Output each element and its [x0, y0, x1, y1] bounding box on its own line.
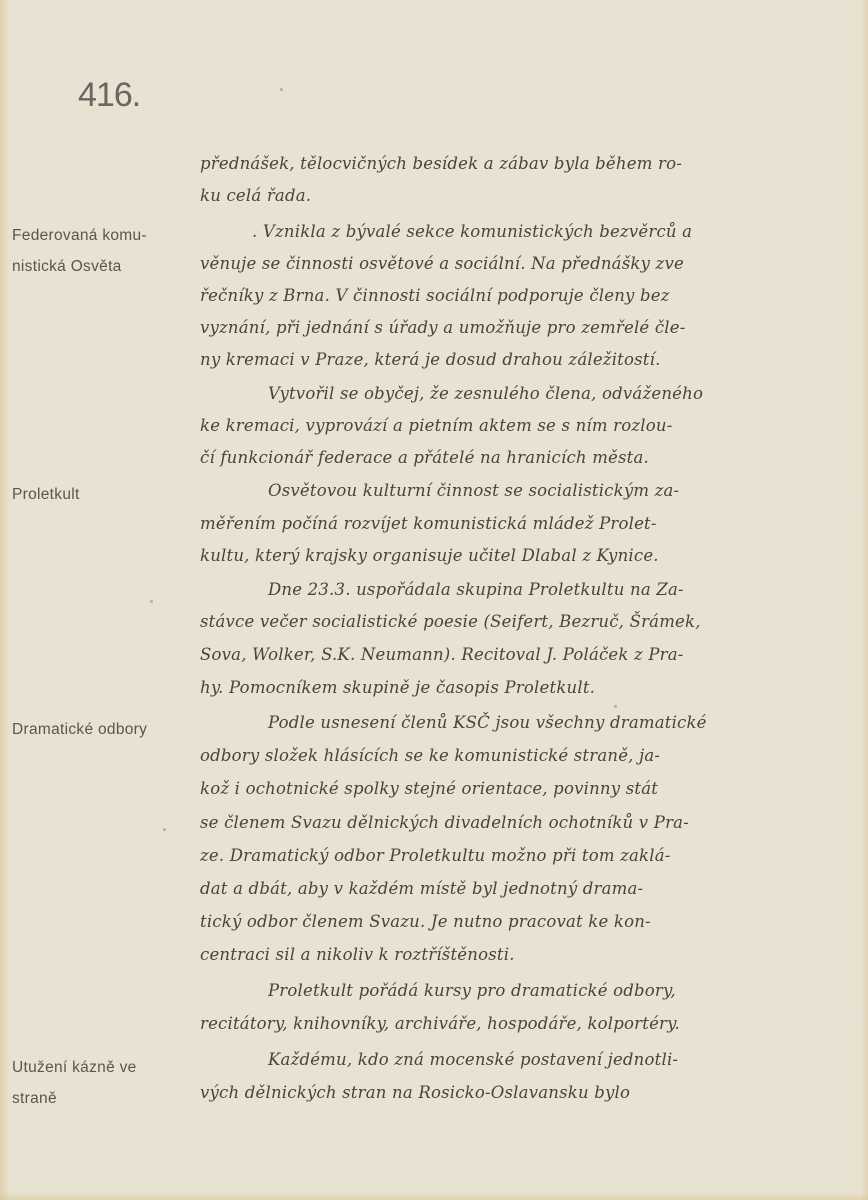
margin-note-dramaticke-odbory: Dramatické odbory: [12, 714, 147, 745]
paper-speck: [150, 600, 153, 603]
text-line: řečníky z Brna. V činnosti sociální podp…: [200, 286, 670, 305]
text-line: Podle usnesení členů KSČ jsou všechny dr…: [200, 713, 707, 732]
text-line: Vytvořil se obyčej, že zesnulého člena, …: [200, 384, 703, 403]
text-line: vyznání, při jednání s úřady a umožňuje …: [200, 318, 686, 337]
text-line: Každému, kdo zná mocenské postavení jedn…: [200, 1050, 678, 1069]
page-number: 416.: [78, 76, 140, 115]
text-line: ze. Dramatický odbor Proletkultu možno p…: [200, 846, 671, 865]
margin-note-line: Utužení kázně ve: [12, 1052, 137, 1083]
text-line: ny kremaci v Praze, která je dosud draho…: [200, 350, 661, 369]
text-line: . Vznikla z bývalé sekce komunistických …: [200, 222, 692, 241]
margin-note-line: straně: [12, 1083, 137, 1114]
margin-note-line: Dramatické odbory: [12, 714, 147, 745]
text-line: centraci sil a nikoliv k roztříštěnosti.: [200, 945, 515, 964]
text-line: věnuje se činnosti osvětové a sociální. …: [200, 254, 684, 273]
manuscript-page: 416. Federovaná komu- nistická Osvěta Pr…: [0, 0, 868, 1200]
text-line: vých dělnických stran na Rosicko-Oslavan…: [200, 1083, 630, 1102]
margin-note-line: Federovaná komu-: [12, 220, 147, 251]
paper-speck: [163, 828, 166, 831]
margin-note-line: nistická Osvěta: [12, 251, 147, 282]
text-line: stávce večer socialistické poesie (Seife…: [200, 612, 701, 631]
text-line: Osvětovou kulturní činnost se socialisti…: [200, 481, 679, 500]
text-line: ku celá řada.: [200, 186, 311, 205]
text-line: Proletkult pořádá kursy pro dramatické o…: [200, 981, 676, 1000]
text-line: dat a dbát, aby v každém místě byl jedno…: [200, 879, 643, 898]
text-line: recitátory, knihovníky, archiváře, hospo…: [200, 1014, 680, 1033]
text-line: přednášek, tělocvičných besídek a zábav …: [200, 154, 682, 173]
text-line: měřením počíná rozvíjet komunistická mlá…: [200, 514, 657, 533]
text-line: Dne 23.3. uspořádala skupina Proletkultu…: [200, 580, 684, 599]
margin-note-proletkult: Proletkult: [12, 479, 80, 510]
text-line: tický odbor členem Svazu. Je nutno praco…: [200, 912, 651, 931]
text-line: kož i ochotnické spolky stejné orientace…: [200, 779, 658, 798]
text-line: hy. Pomocníkem skupině je časopis Prolet…: [200, 678, 595, 697]
margin-note-federovana-komunisticka-osveta: Federovaná komu- nistická Osvěta: [12, 220, 147, 282]
text-line: se členem Svazu dělnických divadelních o…: [200, 813, 689, 832]
paper-speck: [614, 705, 617, 708]
text-line: odbory složek hlásících se ke komunistic…: [200, 746, 660, 765]
text-line: ke kremaci, vyprovází a pietním aktem se…: [200, 416, 673, 435]
text-line: Sova, Wolker, S.K. Neumann). Recitoval J…: [200, 645, 684, 664]
text-line: kultu, který krajsky organisuje učitel D…: [200, 546, 659, 565]
margin-note-utuzeni-kazne: Utužení kázně ve straně: [12, 1052, 137, 1114]
paper-speck: [280, 88, 283, 91]
margin-note-line: Proletkult: [12, 479, 80, 510]
text-line: čí funkcionář federace a přátelé na hran…: [200, 448, 649, 467]
